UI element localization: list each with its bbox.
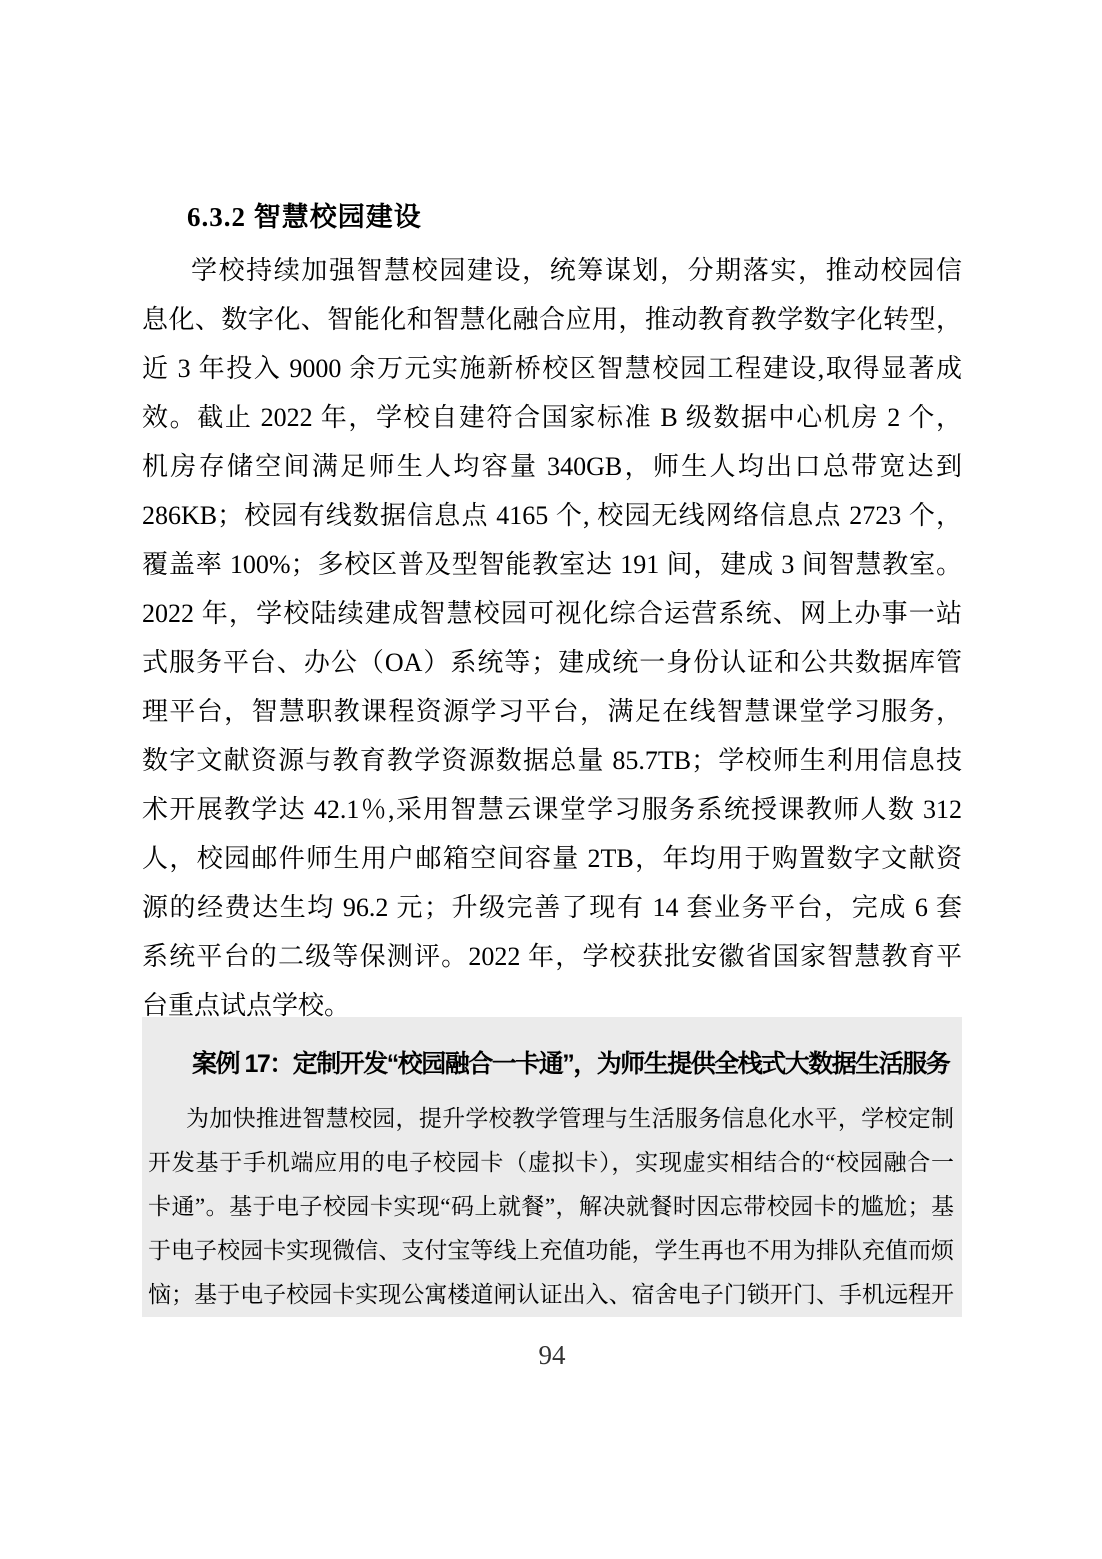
text-line: 数字文献资源与教育教学资源数据总量 85.7TB；学校师生利用信息技 <box>142 736 962 785</box>
text-line: 系统平台的二级等保测评。2022 年，学校获批安徽省国家智慧教育平 <box>142 932 962 981</box>
text-line: 开发基于手机端应用的电子校园卡（虚拟卡），实现虚实相结合的“校园融合一 <box>148 1141 954 1185</box>
text-line: 术开展教学达 42.1％,采用智慧云课堂学习服务系统授课教师人数 312 <box>142 785 962 834</box>
text-line: 为加快推进智慧校园，提升学校教学管理与生活服务信息化水平，学校定制 <box>148 1097 954 1141</box>
text-line: 恼；基于电子校园卡实现公寓楼道闸认证出入、宿舍电子门锁开门、手机远程开 <box>148 1273 954 1317</box>
body-paragraph: 学校持续加强智慧校园建设，统筹谋划，分期落实，推动校园信息化、数字化、智能化和智… <box>142 246 962 1030</box>
text-line: 于电子校园卡实现微信、支付宝等线上充值功能，学生再也不用为排队充值而烦 <box>148 1229 954 1273</box>
text-line: 效。截止 2022 年，学校自建符合国家标准 B 级数据中心机房 2 个， <box>142 393 962 442</box>
text-line: 卡通”。基于电子校园卡实现“码上就餐”，解决就餐时因忘带校园卡的尴尬；基 <box>148 1185 954 1229</box>
text-line: 源的经费达生均 96.2 元；升级完善了现有 14 套业务平台，完成 6 套 <box>142 883 962 932</box>
case-box: 案例 17：定制开发“校园融合一卡通”，为师生提供全栈式大数据生活服务 为加快推… <box>142 1017 962 1317</box>
page-container: 6.3.2 智慧校园建设 学校持续加强智慧校园建设，统筹谋划，分期落实，推动校园… <box>142 0 962 1375</box>
text-line: 2022 年，学校陆续建成智慧校园可视化综合运营系统、网上办事一站 <box>142 589 962 638</box>
text-line: 式服务平台、办公（OA）系统等；建成统一身份认证和公共数据库管 <box>142 638 962 687</box>
text-line: 理平台，智慧职教课程资源学习平台，满足在线智慧课堂学习服务， <box>142 687 962 736</box>
text-line: 学校持续加强智慧校园建设，统筹谋划，分期落实，推动校园信 <box>142 246 962 295</box>
text-line: 近 3 年投入 9000 余万元实施新桥校区智慧校园工程建设,取得显著成 <box>142 344 962 393</box>
case-title: 案例 17：定制开发“校园融合一卡通”，为师生提供全栈式大数据生活服务 <box>148 1047 954 1081</box>
text-line: 人，校园邮件师生用户邮箱空间容量 2TB，年均用于购置数字文献资 <box>142 834 962 883</box>
text-line: 机房存储空间满足师生人均容量 340GB，师生人均出口总带宽达到 <box>142 442 962 491</box>
text-line: 息化、数字化、智能化和智慧化融合应用，推动教育教学数字化转型， <box>142 295 962 344</box>
case-body: 为加快推进智慧校园，提升学校教学管理与生活服务信息化水平，学校定制开发基于手机端… <box>148 1097 954 1317</box>
page-number: 94 <box>142 1335 962 1375</box>
text-line: 覆盖率 100%；多校区普及型智能教室达 191 间，建成 3 间智慧教室。 <box>142 540 962 589</box>
text-line: 286KB；校园有线数据信息点 4165 个, 校园无线网络信息点 2723 个… <box>142 491 962 540</box>
section-heading: 6.3.2 智慧校园建设 <box>142 200 962 234</box>
